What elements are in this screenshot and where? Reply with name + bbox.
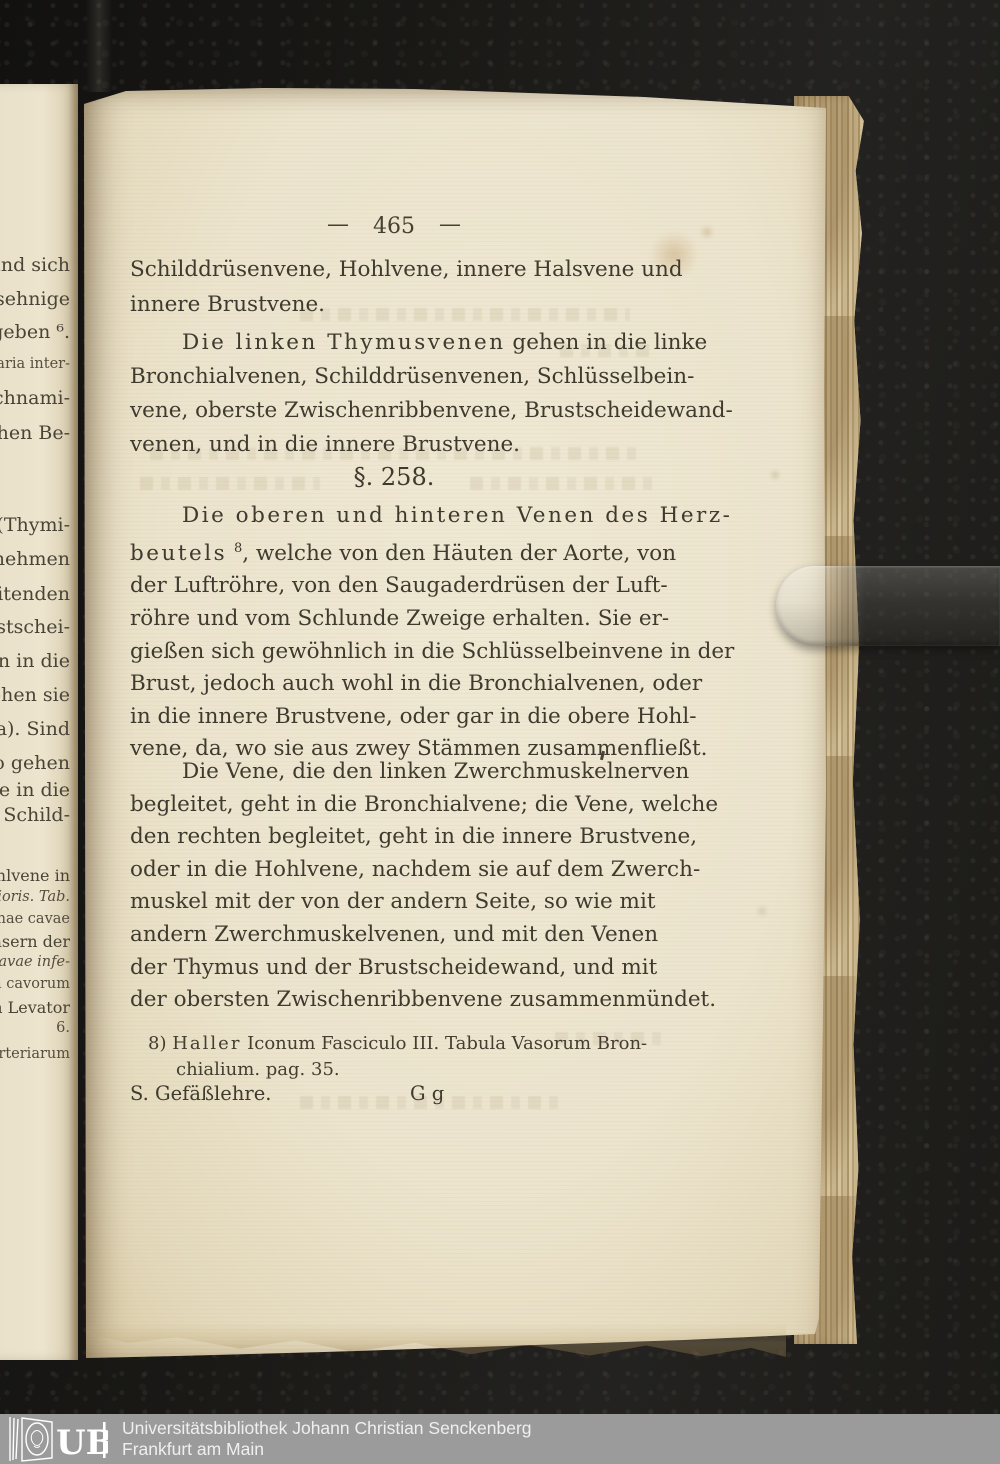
- section-heading: §. 258.: [130, 463, 658, 491]
- text-line: beutels 8, welche von den Häuten der Aor…: [130, 533, 662, 571]
- header-dash: —: [327, 212, 349, 237]
- footnote: 8) Haller Iconum Fasciculo III. Tabula V…: [148, 1031, 668, 1083]
- left-page-fragment: r gleichnami-: [0, 387, 70, 409]
- left-page-fragment: ae cavae infe-: [0, 954, 70, 970]
- footnote-line: chialium. pag. 35.: [148, 1057, 668, 1083]
- paragraph-2: Die linken Thymusvenen gehen in die link…: [130, 326, 662, 462]
- text-line: innere Brustvene.: [130, 287, 662, 322]
- stain: [756, 906, 768, 916]
- banner-text: Universitätsbibliothek Johann Christian …: [122, 1418, 532, 1461]
- text-line: der Luftröhre, von den Saugaderdrüsen de…: [130, 570, 662, 603]
- left-page-fragment: en in die: [0, 650, 70, 672]
- text-line: der Thymus und der Brustscheidewand, und…: [130, 952, 662, 985]
- text-line: den rechten begleitet, geht in die inner…: [130, 821, 662, 854]
- footnote-ref: 8: [234, 541, 242, 556]
- spaced-text: Die linken Thymusvenen: [182, 330, 506, 355]
- text-line: Die linken Thymusvenen gehen in die link…: [130, 326, 662, 360]
- left-page-fragment: 6.: [56, 1020, 70, 1036]
- text-line: Bronchialvenen, Schilddrüsenvenen, Schlü…: [130, 360, 662, 394]
- page-holder-strip: [776, 566, 1000, 646]
- left-page-fragment: begeben ⁶.: [0, 321, 70, 343]
- left-page-fragment: , so gehen: [0, 752, 70, 774]
- text-line: muskel mit der von der andern Seite, so …: [130, 886, 662, 919]
- left-page-fragment: maria inter-: [0, 356, 70, 372]
- page-header: —465—: [130, 214, 658, 239]
- left-page-fragment: s arteriarum: [0, 1046, 70, 1062]
- left-page-fragment: hrlichen Be-: [0, 422, 70, 444]
- signature-line: S. Gefäßlehre. G g: [130, 1082, 658, 1105]
- text-line: Die oberen und hinteren Venen des Herz-: [130, 500, 662, 533]
- left-page-fragment: gehen sie: [0, 684, 70, 706]
- left-page-fragment: rum cavorum: [0, 976, 70, 992]
- spaced-text: beutels: [130, 541, 227, 566]
- library-city: Frankfurt am Main: [122, 1439, 532, 1460]
- paragraph-1: Schilddrüsenvene, Hohlvene, innere Halsv…: [130, 252, 662, 322]
- left-page-fragment: dere in die: [0, 779, 70, 801]
- text-line: vene, oberste Zwischenribbenvene, Brusts…: [130, 394, 662, 428]
- footnote-text: Iconum Fasciculo III. Tabula Vasorum Bro…: [241, 1033, 647, 1054]
- stain: [770, 470, 780, 480]
- text-run: , welche von den Häuten der Aorte, von: [242, 541, 676, 566]
- spine-highlight: [86, 0, 112, 92]
- catchword: G g: [410, 1082, 444, 1105]
- left-page-fragment: uskelfasern der: [0, 932, 70, 951]
- ub-logo-icon: UB: [8, 1416, 108, 1462]
- text-line: begleitet, geht in die Bronchialvene; di…: [130, 789, 662, 822]
- text-line: andern Zwerchmuskelvenen, und mit den Ve…: [130, 919, 662, 952]
- text-run: gehen in die linke: [506, 330, 708, 355]
- stain: [700, 226, 714, 238]
- left-page-fragment: Brustschei-: [0, 616, 70, 638]
- footnote-marker: 8): [148, 1033, 166, 1054]
- paragraph-4: Die Vene, die den linken Zwerchmuskelner…: [130, 756, 662, 1017]
- left-page-fragment: gleitenden: [0, 583, 70, 605]
- text-line: röhre und vom Schlunde Zweige erhalten. …: [130, 603, 662, 636]
- library-name: Universitätsbibliothek Johann Christian …: [122, 1418, 532, 1439]
- text-line: gießen sich gewöhnlich in die Schlüsselb…: [130, 636, 662, 669]
- page-number: 465: [373, 214, 415, 239]
- signature-title: S. Gefäßlehre.: [130, 1082, 271, 1105]
- left-page-fragment: én, und sich: [0, 254, 70, 276]
- left-page-fragment: n den Levator: [0, 998, 70, 1017]
- text-line: oder in die Hohlvene, nachdem sie auf de…: [130, 854, 662, 887]
- ub-logo-text: UB: [56, 1423, 108, 1462]
- left-page-fragment: n Hohlvene in: [0, 866, 70, 885]
- left-page-fragment: d, nehmen: [0, 548, 70, 570]
- header-dash: —: [439, 212, 461, 237]
- text-line: Die Vene, die den linken Zwerchmuskelner…: [130, 756, 662, 789]
- text-line: der obersten Zwischenribbenvene zusammen…: [130, 984, 662, 1017]
- left-page-fragment: perioris. Tab.: [0, 889, 70, 905]
- text-line: Brust, jedoch auch wohl in die Bronchial…: [130, 668, 662, 701]
- text-line: Schilddrüsenvene, Hohlvene, innere Halsv…: [130, 252, 662, 287]
- paragraph-3: Die oberen und hinteren Venen des Herz- …: [130, 500, 662, 766]
- footnote-line: 8) Haller Iconum Fasciculo III. Tabula V…: [148, 1031, 668, 1057]
- text-line: in die innere Brustvene, oder gar in die…: [130, 701, 662, 734]
- footnote-author: Haller: [172, 1033, 241, 1054]
- library-banner: UB Universitätsbibliothek Johann Christi…: [0, 1414, 1000, 1464]
- book-photo-scene: én, und sich die sehnige begeben ⁶. mari…: [0, 0, 1000, 1464]
- text-line: venen, und in die innere Brustvene.: [130, 428, 662, 462]
- left-page-fragment: Schild-: [3, 804, 70, 826]
- left-page-edge: én, und sich die sehnige begeben ⁶. mari…: [0, 84, 78, 1360]
- left-page-fragment: s venae cavae: [0, 911, 70, 927]
- left-page-fragment: s ⁷ (Thymi-: [0, 514, 70, 536]
- left-page-fragment: die sehnige: [0, 288, 70, 310]
- left-page-fragment: a). Sind: [0, 718, 70, 740]
